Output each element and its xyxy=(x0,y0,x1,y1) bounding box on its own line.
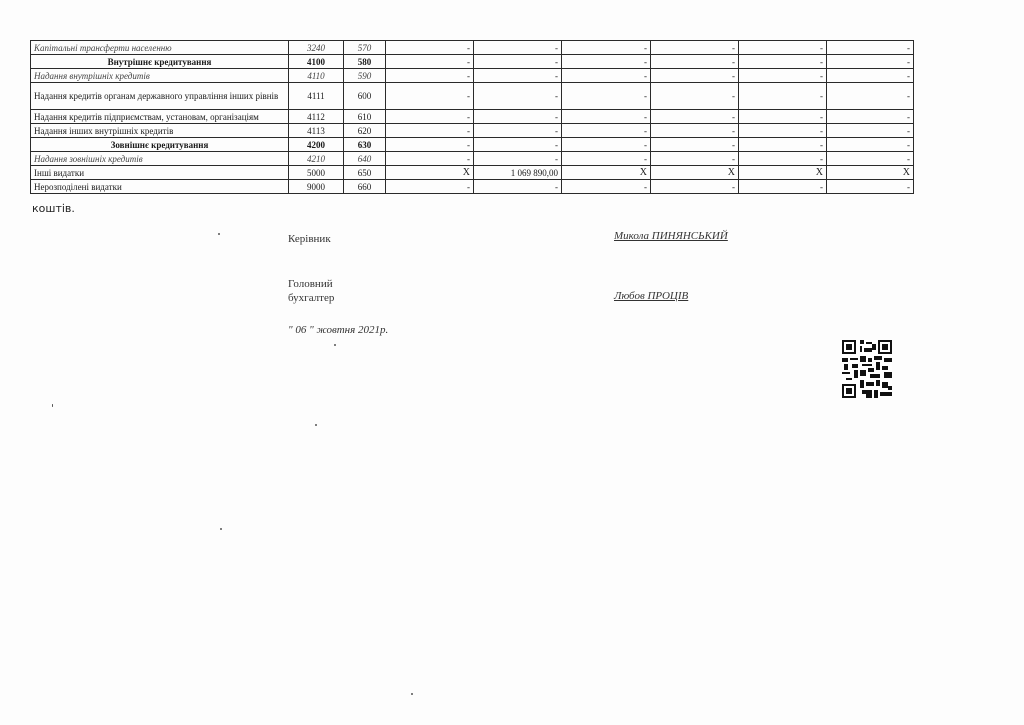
row-code: 4200 xyxy=(289,138,344,152)
row-value: - xyxy=(739,124,827,138)
row-value: - xyxy=(739,55,827,69)
row-line-number: 590 xyxy=(344,69,386,83)
row-value: - xyxy=(562,69,651,83)
row-value: - xyxy=(386,124,474,138)
row-name: Надання інших внутрішніх кредитів xyxy=(31,124,289,138)
row-name: Зовнішнє кредитування xyxy=(31,138,289,152)
row-value: - xyxy=(474,152,562,166)
row-line-number: 620 xyxy=(344,124,386,138)
table-row: Надання зовнішніх кредитів4210640------ xyxy=(31,152,914,166)
table-row: Зовнішнє кредитування4200630------ xyxy=(31,138,914,152)
row-value: - xyxy=(739,180,827,194)
row-code: 3240 xyxy=(289,41,344,55)
row-name: Внутрішнє кредитування xyxy=(31,55,289,69)
row-value: - xyxy=(827,69,914,83)
row-code: 4100 xyxy=(289,55,344,69)
scan-speck xyxy=(315,424,317,426)
row-line-number: 580 xyxy=(344,55,386,69)
row-name: Надання кредитів органам державного упра… xyxy=(31,83,289,110)
row-value: - xyxy=(562,152,651,166)
table-row: Нерозподілені видатки9000660------ xyxy=(31,180,914,194)
row-value: - xyxy=(651,138,739,152)
row-value: - xyxy=(827,55,914,69)
row-value: - xyxy=(651,83,739,110)
head-label: Керівник xyxy=(288,232,331,246)
row-value: 1 069 890,00 xyxy=(474,166,562,180)
row-value: - xyxy=(651,152,739,166)
row-value: - xyxy=(474,69,562,83)
row-value: - xyxy=(386,83,474,110)
row-value: - xyxy=(827,41,914,55)
row-line-number: 650 xyxy=(344,166,386,180)
row-value: - xyxy=(827,138,914,152)
row-value: - xyxy=(739,152,827,166)
row-value: X xyxy=(739,166,827,180)
head-name: Микола ПИНЯНСЬКИЙ xyxy=(614,230,728,242)
row-name: Надання внутрішніх кредитів xyxy=(31,69,289,83)
row-name: Нерозподілені видатки xyxy=(31,180,289,194)
row-value: - xyxy=(562,83,651,110)
row-value: - xyxy=(474,55,562,69)
row-value: - xyxy=(386,138,474,152)
note-text: коштів. xyxy=(32,202,75,215)
row-value: - xyxy=(474,124,562,138)
row-value: - xyxy=(386,69,474,83)
row-value: - xyxy=(739,69,827,83)
row-value: - xyxy=(386,152,474,166)
table-row: Інші видатки5000650X1 069 890,00XXXX xyxy=(31,166,914,180)
row-name: Капітальні трансферти населенню xyxy=(31,41,289,55)
row-value: - xyxy=(562,138,651,152)
row-name: Надання зовнішніх кредитів xyxy=(31,152,289,166)
table-row: Надання інших внутрішніх кредитів4113620… xyxy=(31,124,914,138)
scan-speck xyxy=(218,233,220,235)
row-value: - xyxy=(827,152,914,166)
row-value: - xyxy=(562,55,651,69)
row-code: 5000 xyxy=(289,166,344,180)
row-value: - xyxy=(474,83,562,110)
accountant-label-line1: Головний xyxy=(288,277,334,291)
row-value: - xyxy=(739,138,827,152)
row-value: - xyxy=(827,110,914,124)
row-code: 4110 xyxy=(289,69,344,83)
row-value: - xyxy=(827,83,914,110)
row-value: - xyxy=(474,138,562,152)
accountant-label: Головний бухгалтер xyxy=(288,277,334,305)
row-value: - xyxy=(739,110,827,124)
row-value: - xyxy=(474,180,562,194)
row-value: - xyxy=(827,180,914,194)
scan-speck xyxy=(334,344,336,346)
table-row: Надання внутрішніх кредитів4110590------ xyxy=(31,69,914,83)
row-line-number: 610 xyxy=(344,110,386,124)
row-value: - xyxy=(386,41,474,55)
row-value: - xyxy=(827,124,914,138)
row-line-number: 660 xyxy=(344,180,386,194)
row-value: - xyxy=(562,41,651,55)
row-line-number: 600 xyxy=(344,83,386,110)
row-value: - xyxy=(651,180,739,194)
row-line-number: 630 xyxy=(344,138,386,152)
row-value: - xyxy=(739,83,827,110)
qr-code-icon xyxy=(842,340,892,398)
scan-speck xyxy=(52,404,53,407)
row-value: - xyxy=(386,110,474,124)
expenditure-table: Капітальні трансферти населенню3240570--… xyxy=(30,40,914,194)
row-line-number: 640 xyxy=(344,152,386,166)
row-code: 4210 xyxy=(289,152,344,166)
row-value: - xyxy=(651,41,739,55)
row-value: - xyxy=(651,55,739,69)
row-value: - xyxy=(474,110,562,124)
scan-speck xyxy=(411,693,413,695)
row-value: - xyxy=(386,55,474,69)
scan-speck xyxy=(220,528,222,530)
accountant-label-line2: бухгалтер xyxy=(288,291,334,305)
row-name: Надання кредитів підприємствам, установа… xyxy=(31,110,289,124)
accountant-name: Любов ПРОЦІВ xyxy=(614,290,688,302)
row-code: 4111 xyxy=(289,83,344,110)
table-row: Внутрішнє кредитування4100580------ xyxy=(31,55,914,69)
row-value: - xyxy=(386,180,474,194)
row-value: X xyxy=(651,166,739,180)
row-value: - xyxy=(651,69,739,83)
row-line-number: 570 xyxy=(344,41,386,55)
row-value: - xyxy=(739,41,827,55)
document-page: Капітальні трансферти населенню3240570--… xyxy=(0,0,1024,725)
table-row: Надання кредитів органам державного упра… xyxy=(31,83,914,110)
row-value: - xyxy=(562,110,651,124)
table-row: Капітальні трансферти населенню3240570--… xyxy=(31,41,914,55)
table-row: Надання кредитів підприємствам, установа… xyxy=(31,110,914,124)
row-value: X xyxy=(827,166,914,180)
row-value: - xyxy=(651,110,739,124)
row-value: - xyxy=(651,124,739,138)
row-code: 4112 xyxy=(289,110,344,124)
row-value: - xyxy=(474,41,562,55)
row-name: Інші видатки xyxy=(31,166,289,180)
row-code: 4113 xyxy=(289,124,344,138)
row-code: 9000 xyxy=(289,180,344,194)
signature-date: " 06 " жовтня 2021р. xyxy=(288,324,388,336)
row-value: X xyxy=(562,166,651,180)
row-value: - xyxy=(562,124,651,138)
row-value: - xyxy=(562,180,651,194)
row-value: X xyxy=(386,166,474,180)
